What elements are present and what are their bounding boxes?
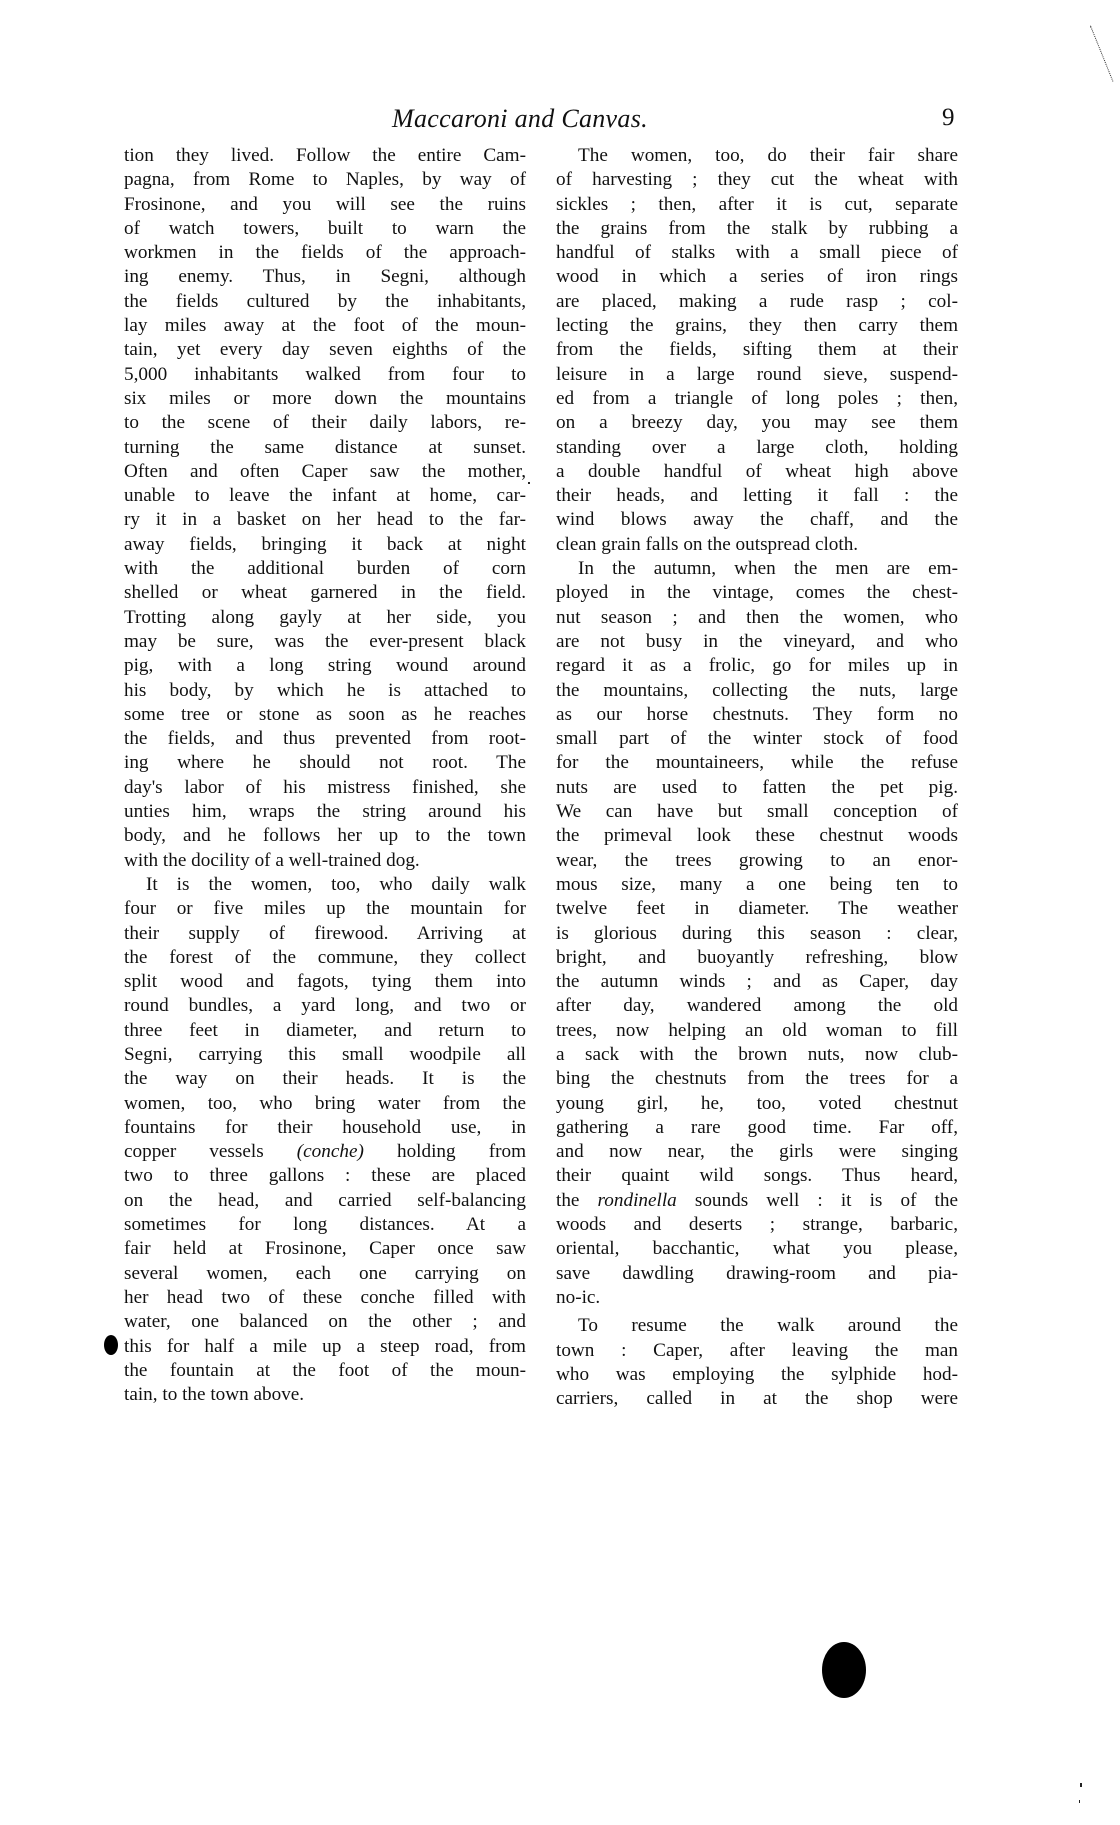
paragraph-start-line: The women, too, do their fair share bbox=[556, 144, 958, 168]
text-line: a sack with the brown nuts, now club- bbox=[556, 1043, 958, 1067]
paragraph-start-line: To resume the walk around the bbox=[556, 1314, 958, 1338]
italic-term-conche: (conche) bbox=[297, 1141, 364, 1162]
text-line: unties him, wraps the string around his bbox=[124, 800, 526, 824]
text-line: split wood and fagots, tying them into bbox=[124, 970, 526, 994]
text-line: the primeval look these chestnut woods bbox=[556, 824, 958, 848]
text-line: wind blows away the chaff, and the bbox=[556, 508, 958, 532]
running-head: Maccaroni and Canvas. 9 bbox=[0, 104, 1120, 144]
text-line: may be sure, was the ever-present black bbox=[124, 630, 526, 654]
text-line: after day, wandered among the old bbox=[556, 994, 958, 1018]
text-line: leisure in a large round sieve, suspend- bbox=[556, 363, 958, 387]
text-line: of watch towers, built to warn the bbox=[124, 217, 526, 241]
text-line: woods and deserts ; strange, barbaric, bbox=[556, 1213, 958, 1237]
text-line: small part of the winter stock of food bbox=[556, 727, 958, 751]
text-line: the fields, and thus prevented from root… bbox=[124, 727, 526, 751]
text-line: ployed in the vintage, comes the chest- bbox=[556, 581, 958, 605]
text-line: Frosinone, and you will see the ruins bbox=[124, 193, 526, 217]
text-line: trees, now helping an old woman to fill bbox=[556, 1019, 958, 1043]
text-line: round bundles, a yard long, and two or bbox=[124, 994, 526, 1018]
text-line: the grains from the stalk by rubbing a bbox=[556, 217, 958, 241]
text-line: six miles or more down the mountains bbox=[124, 387, 526, 411]
text-line: several women, each one carrying on bbox=[124, 1262, 526, 1286]
text-line: gathering a rare good time. Far off, bbox=[556, 1116, 958, 1140]
paragraph-end-line: with the docility of a well-trained dog. bbox=[124, 849, 526, 873]
paragraph-end-line: no-ic. bbox=[556, 1286, 958, 1310]
text-line: town : Caper, after leaving the man bbox=[556, 1339, 958, 1363]
text-line: Trotting along gayly at her side, you bbox=[124, 606, 526, 630]
text-line: 5,000 inhabitants walked from four to bbox=[124, 363, 526, 387]
text-line: sickles ; then, after it is cut, separat… bbox=[556, 193, 958, 217]
text-line: the fields cultured by the inhabitants, bbox=[124, 290, 526, 314]
text-line: carriers, called in at the shop were bbox=[556, 1387, 958, 1411]
text-line: on a breezy day, you may see them bbox=[556, 411, 958, 435]
text-line-with-italic: the rondinella sounds well : it is of th… bbox=[556, 1189, 958, 1213]
text-line: fair held at Frosinone, Caper once saw bbox=[124, 1237, 526, 1261]
text-line: away fields, bringing it back at night bbox=[124, 533, 526, 557]
text-fragment: sounds well : it is of the bbox=[677, 1190, 958, 1211]
text-line: are placed, making a rude rasp ; col- bbox=[556, 290, 958, 314]
text-line: this for half a mile up a steep road, fr… bbox=[124, 1335, 526, 1359]
text-line: three feet in diameter, and return to bbox=[124, 1019, 526, 1043]
ink-blot-mark bbox=[822, 1642, 866, 1698]
text-line: save dawdling drawing-room and pia- bbox=[556, 1262, 958, 1286]
text-line: ry it in a basket on her head to the far… bbox=[124, 508, 526, 532]
text-line: tion they lived. Follow the entire Cam- bbox=[124, 144, 526, 168]
text-line: a double handful of wheat high above bbox=[556, 460, 958, 484]
text-line: tain, yet every day seven eighths of the bbox=[124, 338, 526, 362]
text-line: with the additional burden of corn bbox=[124, 557, 526, 581]
text-line: on the head, and carried self-balancing bbox=[124, 1189, 526, 1213]
paragraph-start-line: It is the women, too, who daily walk bbox=[124, 873, 526, 897]
text-line: regard it as a frolic, go for miles up i… bbox=[556, 654, 958, 678]
text-line: who was employing the sylphide hod- bbox=[556, 1363, 958, 1387]
text-line: some tree or stone as soon as he reaches bbox=[124, 703, 526, 727]
text-line: workmen in the fields of the approach- bbox=[124, 241, 526, 265]
text-line: ing where he should not root. The bbox=[124, 751, 526, 775]
text-line: oriental, bacchantic, what you please, bbox=[556, 1237, 958, 1261]
text-line: nuts are used to fatten the pet pig. bbox=[556, 776, 958, 800]
text-line: bing the chestnuts from the trees for a bbox=[556, 1067, 958, 1091]
text-line: We can have but small conception of bbox=[556, 800, 958, 824]
text-line: day's labor of his mistress finished, sh… bbox=[124, 776, 526, 800]
text-line: as our horse chestnuts. They form no bbox=[556, 703, 958, 727]
text-line: body, and he follows her up to the town bbox=[124, 824, 526, 848]
text-line: the way on their heads. It is the bbox=[124, 1067, 526, 1091]
text-line: turning the same distance at sunset. bbox=[124, 436, 526, 460]
text-line: two to three gallons : these are placed bbox=[124, 1164, 526, 1188]
paragraph-end-line: tain, to the town above. bbox=[124, 1383, 526, 1407]
text-line-with-italic: copper vessels (conche) holding from bbox=[124, 1140, 526, 1164]
text-line: their heads, and letting it fall : the bbox=[556, 484, 958, 508]
scan-speck bbox=[528, 482, 530, 484]
text-line: bright, and buoyantly refreshing, blow bbox=[556, 946, 958, 970]
text-line: their quaint wild songs. Thus heard, bbox=[556, 1164, 958, 1188]
text-fragment: copper vessels bbox=[124, 1141, 297, 1162]
text-line: the mountains, collecting the nuts, larg… bbox=[556, 679, 958, 703]
text-line: nut season ; and then the women, who bbox=[556, 606, 958, 630]
text-line: from the fields, sifting them at their bbox=[556, 338, 958, 362]
paragraph-end-line: clean grain falls on the outspread cloth… bbox=[556, 533, 958, 557]
text-line: his body, by which he is attached to bbox=[124, 679, 526, 703]
text-line: shelled or wheat garnered in the field. bbox=[124, 581, 526, 605]
page-number: 9 bbox=[942, 104, 955, 132]
text-line: to the scene of their daily labors, re- bbox=[124, 411, 526, 435]
text-line: ed from a triangle of long poles ; then, bbox=[556, 387, 958, 411]
text-line: ing enemy. Thus, in Segni, although bbox=[124, 265, 526, 289]
running-title: Maccaroni and Canvas. bbox=[392, 104, 648, 134]
text-line: the autumn winds ; and as Caper, day bbox=[556, 970, 958, 994]
text-line: young girl, he, too, voted chestnut bbox=[556, 1092, 958, 1116]
text-line: wear, the trees growing to an enor- bbox=[556, 849, 958, 873]
book-page: Maccaroni and Canvas. 9 tion they lived.… bbox=[0, 0, 1120, 1825]
text-line: is glorious during this season : clear, bbox=[556, 922, 958, 946]
text-line: mous size, many a one being ten to bbox=[556, 873, 958, 897]
text-line: water, one balanced on the other ; and bbox=[124, 1310, 526, 1334]
text-line: the forest of the commune, they collect bbox=[124, 946, 526, 970]
text-fragment: holding from bbox=[364, 1141, 526, 1162]
italic-term-rondinella: rondinella bbox=[598, 1190, 677, 1211]
text-line: lecting the grains, they then carry them bbox=[556, 314, 958, 338]
text-line: Often and often Caper saw the mother, bbox=[124, 460, 526, 484]
text-line: twelve feet in diameter. The weather bbox=[556, 897, 958, 921]
text-line: are not busy in the vineyard, and who bbox=[556, 630, 958, 654]
text-line: pagna, from Rome to Naples, by way of bbox=[124, 168, 526, 192]
text-line: fountains for their household use, in bbox=[124, 1116, 526, 1140]
scan-speck bbox=[1079, 1800, 1080, 1803]
paragraph-start-line: In the autumn, when the men are em- bbox=[556, 557, 958, 581]
scan-scratch-mark bbox=[1090, 26, 1113, 82]
right-column: The women, too, do their fair share of h… bbox=[556, 144, 958, 1411]
text-line: the fountain at the foot of the moun- bbox=[124, 1359, 526, 1383]
scan-speck bbox=[1080, 1783, 1082, 1787]
text-fragment: the bbox=[556, 1190, 598, 1211]
text-line: four or five miles up the mountain for bbox=[124, 897, 526, 921]
text-line: her head two of these conche filled with bbox=[124, 1286, 526, 1310]
text-line: sometimes for long distances. At a bbox=[124, 1213, 526, 1237]
text-line: handful of stalks with a small piece of bbox=[556, 241, 958, 265]
text-line: lay miles away at the foot of the moun- bbox=[124, 314, 526, 338]
text-line: and now near, the girls were singing bbox=[556, 1140, 958, 1164]
text-line: unable to leave the infant at home, car- bbox=[124, 484, 526, 508]
text-line: for the mountaineers, while the refuse bbox=[556, 751, 958, 775]
left-column: tion they lived. Follow the entire Cam- … bbox=[124, 144, 526, 1407]
text-line: their supply of firewood. Arriving at bbox=[124, 922, 526, 946]
text-line: of harvesting ; they cut the wheat with bbox=[556, 168, 958, 192]
text-line: Segni, carrying this small woodpile all bbox=[124, 1043, 526, 1067]
ink-blot-mark bbox=[104, 1335, 118, 1355]
text-line: pig, with a long string wound around bbox=[124, 654, 526, 678]
text-line: standing over a large cloth, holding bbox=[556, 436, 958, 460]
text-line: women, too, who bring water from the bbox=[124, 1092, 526, 1116]
text-line: wood in which a series of iron rings bbox=[556, 265, 958, 289]
